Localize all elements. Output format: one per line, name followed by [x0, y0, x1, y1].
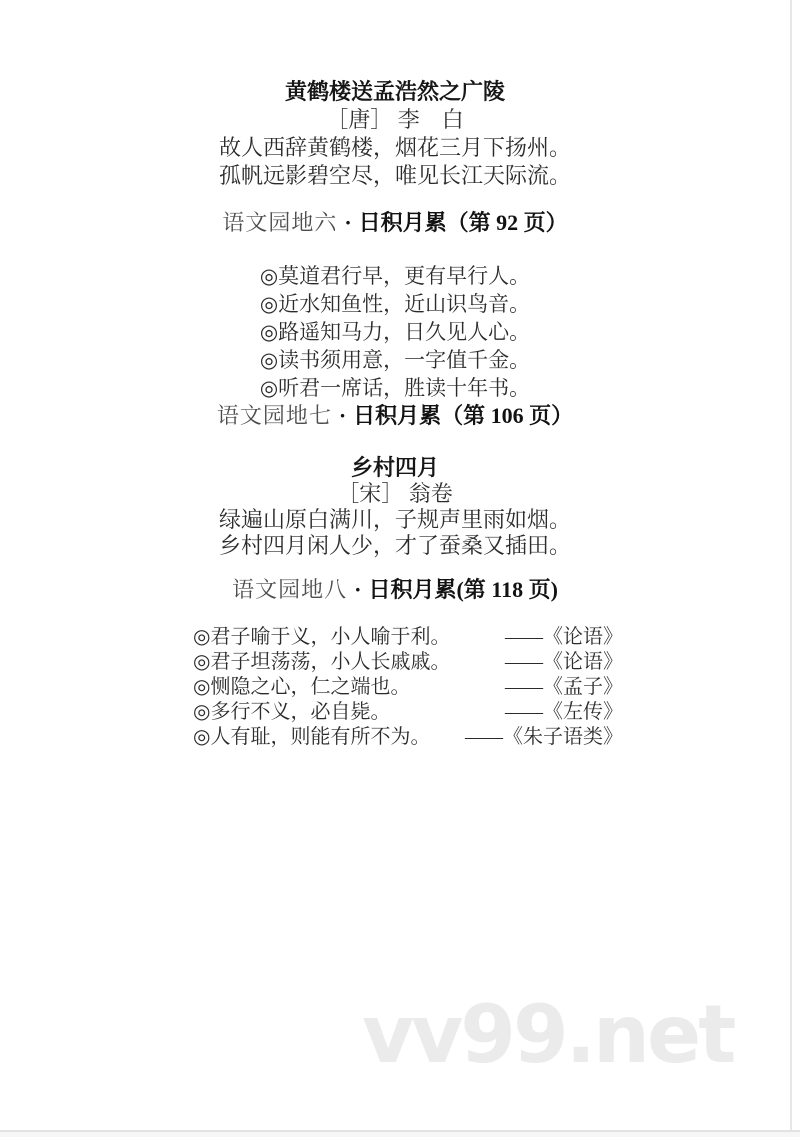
document-page: { "poem1": { "title": "黄鹤楼送孟浩然之广陵", "aut…	[0, 0, 800, 1137]
quote-source-group: ——《孟子》	[505, 675, 623, 700]
quote-text-group: ◎君子喻于义，小人喻于利。	[193, 625, 450, 650]
poem-xiangcunsiyue: 乡村四月 ［宋］ 翁卷 绿遍山原白满川，子规声里雨如烟。 乡村四月闲人少，才了蚕…	[0, 455, 790, 559]
quote-source: 《论语》	[543, 651, 623, 673]
quote-source-group: ——《论语》	[505, 650, 623, 675]
section-unit-label: 语文园地八	[232, 577, 347, 602]
proverb-text: 路遥知马力，日久见人心。	[278, 320, 530, 344]
bullet-icon: ◎	[193, 701, 210, 723]
bullet-icon: ◎	[260, 264, 278, 288]
quote-source-group: ——《朱子语类》	[465, 725, 623, 750]
em-dash: ——	[505, 676, 541, 698]
section-unit-label: 语文园地七	[217, 403, 332, 428]
quote-source-group: ——《论语》	[505, 625, 623, 650]
em-dash: ——	[505, 651, 541, 673]
bullet-icon: ◎	[260, 292, 278, 316]
separator-dot: ·	[344, 210, 351, 235]
poem-author: ［宋］ 翁卷	[0, 481, 790, 507]
quote-list: ◎君子喻于义，小人喻于利。 ——《论语》 ◎君子坦荡荡，小人长戚戚。 ——《论语…	[193, 625, 623, 750]
poem-line: 绿遍山原白满川，子规声里雨如烟。	[0, 507, 790, 533]
quote-row: ◎恻隐之心，仁之端也。 ——《孟子》	[193, 675, 623, 700]
quote-text: 人有耻，则能有所不为。	[210, 726, 430, 748]
poem-title: 乡村四月	[0, 455, 790, 481]
bullet-icon: ◎	[193, 676, 210, 698]
quote-source-group: ——《左传》	[505, 700, 623, 725]
page-edge-bottom-strip	[0, 1132, 800, 1137]
proverb-row: ◎近水知鱼性，近山识鸟音。	[260, 290, 530, 318]
proverb-text: 读书须用意，一字值千金。	[278, 348, 530, 372]
quote-text-group: ◎君子坦荡荡，小人长戚戚。	[193, 650, 450, 675]
bullet-icon: ◎	[193, 626, 210, 648]
quote-text-group: ◎人有耻，则能有所不为。	[193, 725, 430, 750]
em-dash: ——	[505, 701, 541, 723]
section-heading-unit6: 语文园地六·日积月累（第 92 页）	[0, 209, 790, 237]
em-dash: ——	[505, 626, 541, 648]
quote-source: 《孟子》	[543, 676, 623, 698]
proverb-list-inner: ◎莫道君行早，更有早行人。 ◎近水知鱼性，近山识鸟音。 ◎路遥知马力，日久见人心…	[260, 262, 530, 402]
quote-row: ◎人有耻，则能有所不为。 ——《朱子语类》	[193, 725, 623, 750]
poem-huanghelou: 黄鹤楼送孟浩然之广陵 ［唐］ 李 白 故人西辞黄鹤楼，烟花三月下扬州。 孤帆远影…	[0, 78, 790, 190]
poem-author: ［唐］ 李 白	[0, 106, 790, 134]
section-heading-unit8: 语文园地八·日积月累(第 118 页)	[0, 576, 790, 604]
quote-text-group: ◎多行不义，必自毙。	[193, 700, 390, 725]
em-dash: ——	[465, 726, 501, 748]
separator-dot: ·	[339, 403, 346, 428]
poem-line: 乡村四月闲人少，才了蚕桑又插田。	[0, 533, 790, 559]
separator-dot: ·	[354, 577, 361, 602]
proverb-row: ◎莫道君行早，更有早行人。	[260, 262, 530, 290]
quote-text: 恻隐之心，仁之端也。	[210, 676, 410, 698]
quote-text-group: ◎恻隐之心，仁之端也。	[193, 675, 410, 700]
quote-row: ◎多行不义，必自毙。 ——《左传》	[193, 700, 623, 725]
proverb-list: ◎莫道君行早，更有早行人。 ◎近水知鱼性，近山识鸟音。 ◎路遥知马力，日久见人心…	[0, 262, 790, 402]
section-heading-unit7: 语文园地七·日积月累（第 106 页）	[0, 402, 790, 430]
proverb-row: ◎听君一席话，胜读十年书。	[260, 374, 530, 402]
quote-text: 君子坦荡荡，小人长戚戚。	[210, 651, 450, 673]
quote-source: 《左传》	[543, 701, 623, 723]
quote-text: 君子喻于义，小人喻于利。	[210, 626, 450, 648]
poem-title: 黄鹤楼送孟浩然之广陵	[0, 78, 790, 106]
quote-row: ◎君子坦荡荡，小人长戚戚。 ——《论语》	[193, 650, 623, 675]
bullet-icon: ◎	[260, 376, 278, 400]
section-topic-label: 日积月累（第 106 页）	[353, 403, 573, 428]
site-watermark: vv99.net	[362, 995, 733, 1075]
proverb-text: 听君一席话，胜读十年书。	[278, 376, 530, 400]
quote-text: 多行不义，必自毙。	[210, 701, 390, 723]
bullet-icon: ◎	[193, 726, 210, 748]
section-topic-label: 日积月累(第 118 页)	[368, 577, 557, 602]
poem-line: 孤帆远影碧空尽，唯见长江天际流。	[0, 162, 790, 190]
section-unit-label: 语文园地六	[222, 210, 337, 235]
poem-line: 故人西辞黄鹤楼，烟花三月下扬州。	[0, 134, 790, 162]
bullet-icon: ◎	[260, 320, 278, 344]
bullet-icon: ◎	[260, 348, 278, 372]
quote-source: 《论语》	[543, 626, 623, 648]
proverb-text: 莫道君行早，更有早行人。	[278, 264, 530, 288]
page-edge-right	[790, 0, 792, 1137]
proverb-row: ◎路遥知马力，日久见人心。	[260, 318, 530, 346]
section-topic-label: 日积月累（第 92 页）	[359, 210, 568, 235]
quote-source: 《朱子语类》	[503, 726, 623, 748]
quote-row: ◎君子喻于义，小人喻于利。 ——《论语》	[193, 625, 623, 650]
proverb-text: 近水知鱼性，近山识鸟音。	[278, 292, 530, 316]
bullet-icon: ◎	[193, 651, 210, 673]
proverb-row: ◎读书须用意，一字值千金。	[260, 346, 530, 374]
